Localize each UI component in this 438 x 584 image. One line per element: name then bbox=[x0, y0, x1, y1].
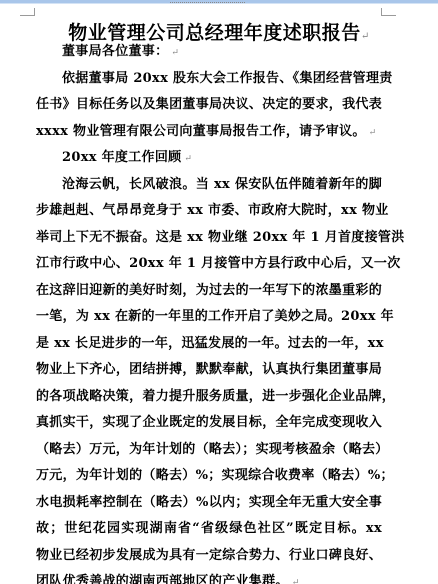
body-line: 物业上下齐心，团结拼搏，默默奉献，认真执行集团董事局 bbox=[36, 362, 382, 378]
paragraph-mark-icon: ↵ bbox=[361, 31, 370, 42]
body-line: 故；世纪花园实现湖南省“省级绿色社区”既定目标。xx bbox=[36, 521, 382, 537]
body-line-text: 团队优秀善战的湖南西部地区的产业集群。 bbox=[36, 574, 289, 584]
salutation: 董事局各位董事：↵ bbox=[62, 44, 382, 60]
body-line: 沧海云帆，长风破浪。当 xx 保安队伍伴随着新年的脚 bbox=[62, 177, 382, 193]
paragraph-mark-icon: ↵ bbox=[171, 48, 179, 58]
body-line: 的各项战略决策，着力提升服务质量，进一步强化企业品牌， bbox=[36, 389, 382, 405]
body-line: 万元，为年计划的（略去）%；实现综合收费率（略去）%； bbox=[36, 468, 382, 484]
body-line: 举司上下无不振奋。这是 xx 物业继 20xx 年 1 月首度接管洪 bbox=[36, 230, 382, 246]
section-heading: 20xx 年度工作回顾↵ bbox=[62, 150, 382, 166]
body-line: 真抓实干，实现了企业既定的发展目标，全年完成变现收入 bbox=[36, 415, 382, 431]
body-line: 团队优秀善战的湖南西部地区的产业集群。↵ bbox=[36, 574, 382, 584]
paragraph-mark-icon: ↵ bbox=[369, 128, 377, 138]
margin-corner-mark-left bbox=[20, 8, 35, 16]
body-line: 物业已经初步发展成为具有一定综合势力、行业口碑良好、 bbox=[36, 548, 382, 564]
body-line: 任书》目标任务以及集团董事局决议、决定的要求，我代表 bbox=[36, 97, 382, 113]
body-line: 依据董事局 20xx 股东大会工作报告、《集团经营管理责 bbox=[62, 71, 382, 87]
body-line: 一笔，为 xx 在新的一年里的工作开启了美妙之局。20xx 年 bbox=[36, 309, 382, 325]
salutation-text: 董事局各位董事： bbox=[62, 44, 168, 59]
body-line: （略去）万元，为年计划的（略去）；实现考核盈余（略去） bbox=[36, 442, 382, 458]
body-line: 江市行政中心、20xx 年 1 月接管中方县行政中心后，又一次 bbox=[36, 256, 382, 272]
margin-corner-mark-right bbox=[381, 8, 396, 16]
body-line: 是 xx 长足进步的一年，迅猛发展的一年。过去的一年，xx bbox=[36, 336, 382, 352]
paragraph-mark-icon: ↵ bbox=[292, 578, 300, 584]
body-line: 在这辞旧迎新的美好时刻，为过去的一年写下的浓墨重彩的 bbox=[36, 283, 382, 299]
header-area bbox=[170, 2, 245, 6]
section-heading-text: 20xx 年度工作回顾 bbox=[62, 150, 181, 165]
body-line: xxxx 物业管理有限公司向董事局报告工作，请予审议。↵ bbox=[36, 124, 382, 140]
document-title: 物业管理公司总经理年度述职报告↵ bbox=[0, 18, 438, 45]
paragraph-mark-icon: ↵ bbox=[184, 154, 192, 164]
body-line: 步雄赳赳、气昂昂竞身于 xx 市委、市政府大院时，xx 物业 bbox=[36, 203, 382, 219]
document-title-text: 物业管理公司总经理年度述职报告 bbox=[68, 22, 361, 44]
body-line: 水电损耗率控制在（略去）%以内；实现全年无重大安全事 bbox=[36, 495, 382, 511]
body-line-text: xxxx 物业管理有限公司向董事局报告工作，请予审议。 bbox=[36, 124, 366, 139]
